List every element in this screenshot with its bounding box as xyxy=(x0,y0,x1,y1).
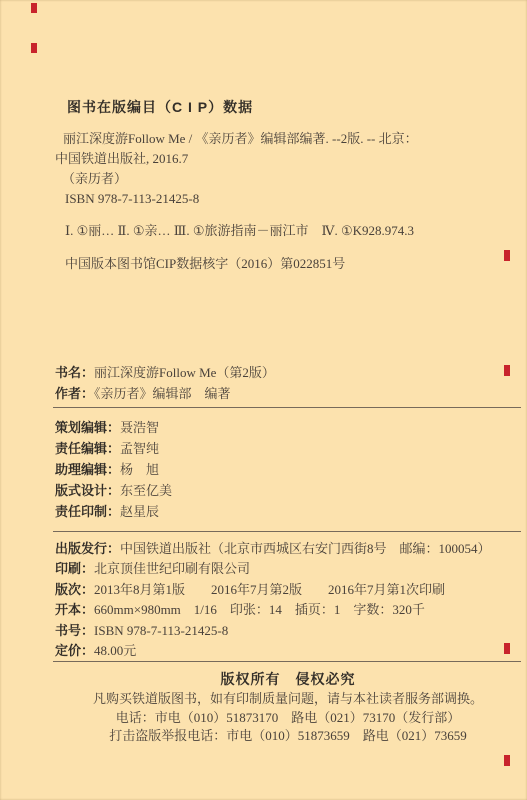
publication-value: 48.00元 xyxy=(94,643,136,658)
cip-record-number: 中国版本图书馆CIP数据核字（2016）第022851号 xyxy=(65,254,521,274)
service-note: 凡购买铁道版图书，如有印制质量问题，请与本社读者服务部调换。 xyxy=(55,690,521,709)
publication-label: 开本： xyxy=(55,602,94,617)
publication-value: 中国铁道出版社（北京市西城区右安门西街8号 邮编：100054） xyxy=(120,541,491,556)
staff-role-label: 责任编辑： xyxy=(55,441,120,456)
registration-mark xyxy=(504,755,510,766)
copyright-notice: 版权所有 侵权必究 xyxy=(55,669,521,690)
registration-mark xyxy=(504,365,510,376)
author-label: 作者： xyxy=(55,386,94,401)
staff-name: 聂浩智 xyxy=(120,420,159,435)
registration-mark xyxy=(504,250,510,261)
publication-row: 版次：2013年8月第1版 2016年7月第2版 2016年7月第1次印刷 xyxy=(55,580,521,600)
publication-row: 定价：48.00元 xyxy=(55,641,521,661)
staff-name: 赵星辰 xyxy=(120,504,159,519)
cip-entry-line: 丽江深度游Follow Me / 《亲历者》编辑部编著. --2版. -- 北京… xyxy=(63,129,521,149)
staff-name: 东至亿美 xyxy=(120,483,172,498)
registration-mark xyxy=(31,3,37,13)
staff-row: 责任印制：赵星辰 xyxy=(55,501,521,522)
staff-name: 杨 旭 xyxy=(120,462,159,477)
piracy-hotline-line: 打击盗版举报电话：市电（010）51873659 路电（021）73659 xyxy=(55,727,521,746)
publication-row: 开本：660mm×980mm 1/16 印张：14 插页：1 字数：320千 xyxy=(55,600,521,620)
isbn-text: ISBN 978-7-113-21425-8 xyxy=(65,189,521,209)
publication-label: 印刷： xyxy=(55,561,94,576)
cip-header: 图书在版编目（C I P）数据 xyxy=(67,97,521,117)
staff-role-label: 版式设计： xyxy=(55,483,120,498)
staff-name: 孟智纯 xyxy=(120,441,159,456)
publication-row: 书号：ISBN 978-7-113-21425-8 xyxy=(55,621,521,641)
book-info-block: 书名：丽江深度游Follow Me（第2版） 作者：《亲历者》编辑部 编著 xyxy=(55,362,521,404)
series-name: （亲历者） xyxy=(62,169,521,189)
publication-value: 北京顶佳世纪印刷有限公司 xyxy=(94,561,250,576)
classification-line: Ⅰ. ①丽… Ⅱ. ①亲… Ⅲ. ①旅游指南－丽江市 Ⅳ. ①K928.974.… xyxy=(65,221,521,241)
publication-block: 出版发行：中国铁道出版社（北京市西城区右安门西街8号 邮编：100054） 印刷… xyxy=(55,532,521,661)
publication-row: 出版发行：中国铁道出版社（北京市西城区右安门西街8号 邮编：100054） xyxy=(55,539,521,559)
author-row: 作者：《亲历者》编辑部 编著 xyxy=(55,383,521,404)
publication-label: 版次： xyxy=(55,582,94,597)
staff-row: 策划编辑：聂浩智 xyxy=(55,417,521,438)
publication-label: 书号： xyxy=(55,623,94,638)
cip-entry: 丽江深度游Follow Me / 《亲历者》编辑部编著. --2版. -- 北京… xyxy=(55,129,521,209)
publication-row: 印刷：北京顶佳世纪印刷有限公司 xyxy=(55,559,521,579)
author-value: 《亲历者》编辑部 编著 xyxy=(94,386,231,401)
book-title-label: 书名： xyxy=(55,365,94,380)
staff-role-label: 策划编辑： xyxy=(55,420,120,435)
publication-value: 660mm×980mm 1/16 印张：14 插页：1 字数：320千 xyxy=(94,602,425,617)
staff-role-label: 责任印制： xyxy=(55,504,120,519)
page-content: 图书在版编目（C I P）数据 丽江深度游Follow Me / 《亲历者》编辑… xyxy=(0,0,527,746)
publication-value: ISBN 978-7-113-21425-8 xyxy=(94,623,228,638)
registration-mark xyxy=(31,43,37,53)
colophon-page: 图书在版编目（C I P）数据 丽江深度游Follow Me / 《亲历者》编辑… xyxy=(0,0,527,800)
book-title-row: 书名：丽江深度游Follow Me（第2版） xyxy=(55,362,521,383)
publication-label: 定价： xyxy=(55,643,94,658)
staff-row: 助理编辑：杨 旭 xyxy=(55,459,521,480)
publication-value: 2013年8月第1版 2016年7月第2版 2016年7月第1次印刷 xyxy=(94,582,445,597)
staff-row: 版式设计：东至亿美 xyxy=(55,480,521,501)
registration-mark xyxy=(504,643,510,654)
publication-label: 出版发行： xyxy=(55,541,120,556)
staff-block: 策划编辑：聂浩智 责任编辑：孟智纯 助理编辑：杨 旭 版式设计：东至亿美 责任印… xyxy=(55,408,521,522)
copyright-block: 版权所有 侵权必究 凡购买铁道版图书，如有印制质量问题，请与本社读者服务部调换。… xyxy=(55,662,521,746)
book-title-value: 丽江深度游Follow Me（第2版） xyxy=(94,365,275,380)
staff-role-label: 助理编辑： xyxy=(55,462,120,477)
staff-row: 责任编辑：孟智纯 xyxy=(55,438,521,459)
cip-entry-line: 中国铁道出版社, 2016.7 xyxy=(55,149,521,169)
phone-line: 电话：市电（010）51873170 路电（021）73170（发行部） xyxy=(55,709,521,728)
